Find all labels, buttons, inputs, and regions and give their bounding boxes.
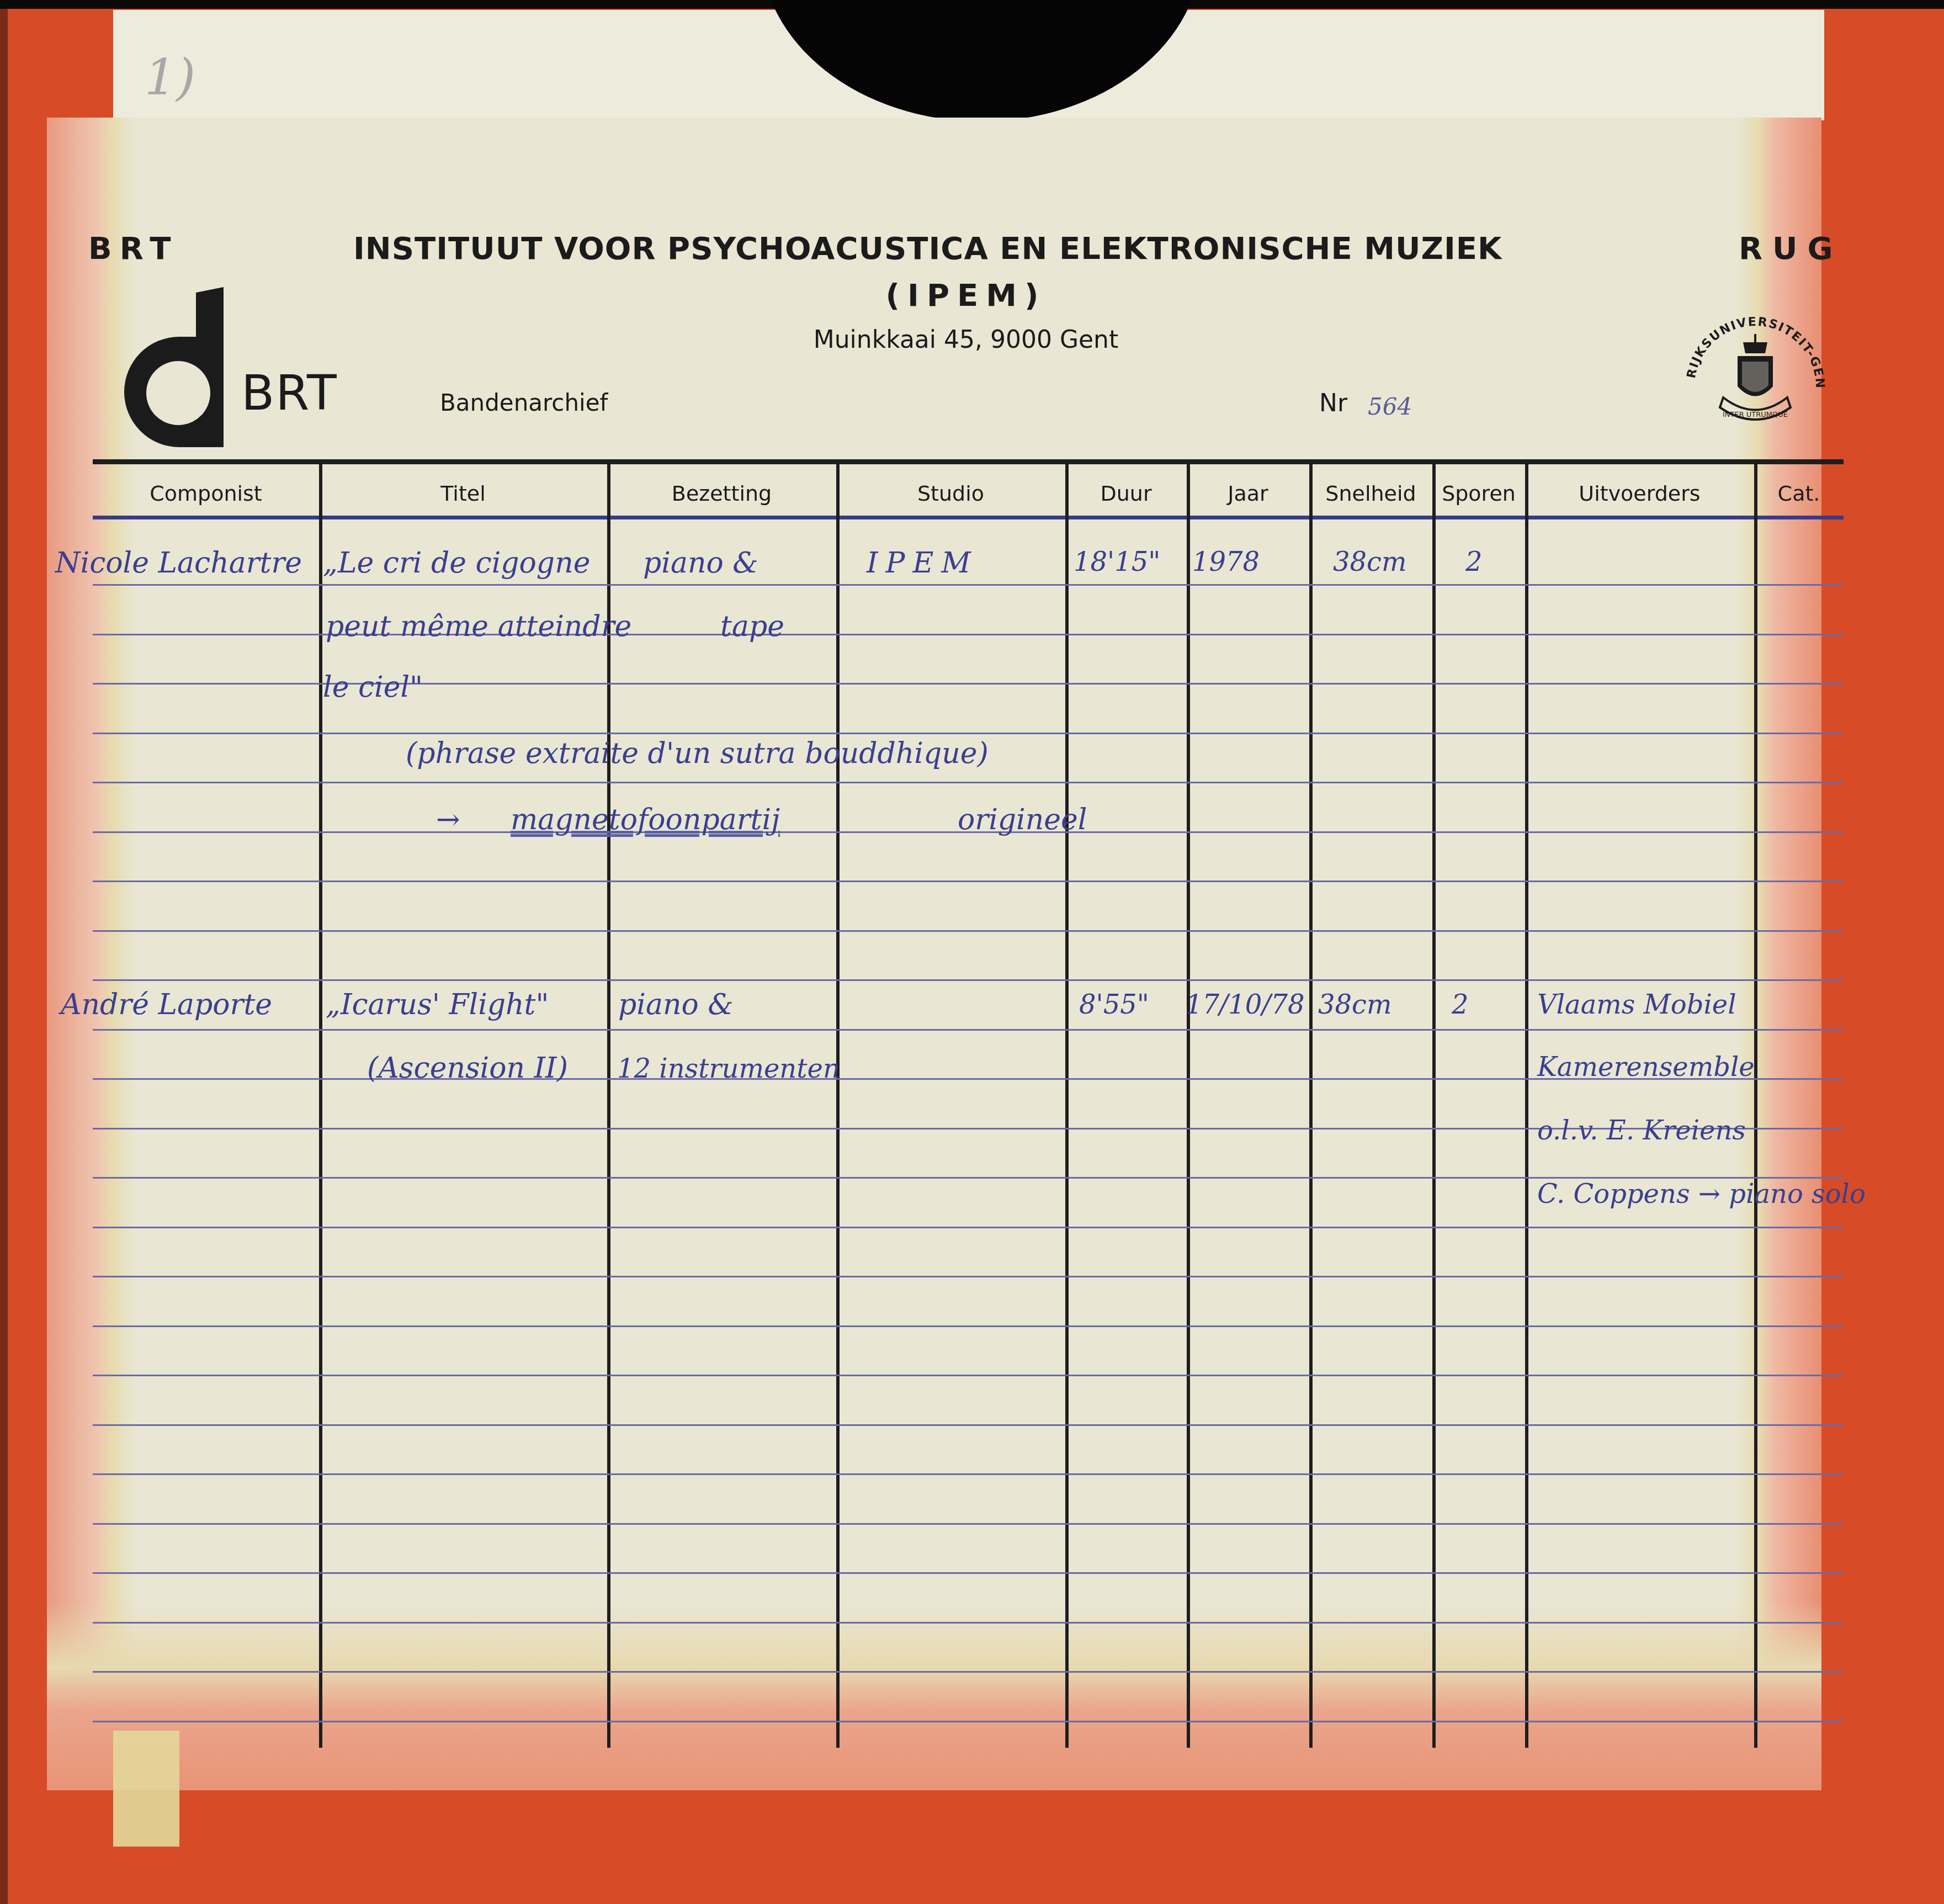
- entry-1-studio: IPEM: [867, 547, 979, 580]
- ruled-line: [93, 1523, 1844, 1525]
- number-value: 564: [1368, 393, 1412, 420]
- entry-1-componist: Nicole Lachartre: [55, 547, 302, 580]
- entry-1-titel-line-2: peut même atteindre: [326, 610, 631, 643]
- ruled-line: [93, 1276, 1844, 1277]
- entry-2-componist: André Laporte: [61, 988, 272, 1021]
- entry-1-titel-line-1: „Le cri de cigogne: [323, 547, 590, 580]
- ruled-line: [93, 1424, 1844, 1426]
- column-header-titel: Titel: [319, 481, 607, 506]
- ruled-line: [93, 1227, 1844, 1228]
- column-divider: [1187, 462, 1190, 1748]
- column-header-studio: Studio: [836, 481, 1065, 506]
- column-header-bezetting: Bezetting: [607, 481, 836, 506]
- ruled-line: [93, 930, 1844, 932]
- column-header-componist: Componist: [93, 481, 319, 506]
- entry-1-bezetting-line-2: tape: [720, 610, 784, 643]
- entry-2-snelheid: 38cm: [1318, 989, 1391, 1020]
- entry-1-titel-line-3: le ciel": [323, 671, 423, 704]
- column-header-uitvoerders: Uitvoerders: [1525, 481, 1754, 506]
- entry-1-snelheid: 38cm: [1333, 547, 1406, 577]
- entry-1-note-magnetofoonpartij: magnetofoonpartij: [511, 803, 780, 836]
- entry-2-uitvoerders-line-2: Kamerensemble: [1537, 1052, 1755, 1083]
- institute-address: Muinkkaai 45, 9000 Gent: [662, 326, 1270, 354]
- rug-header-label: RUG: [1739, 231, 1843, 267]
- column-header-sporen: Sporen: [1432, 481, 1525, 506]
- ruled-line: [93, 733, 1844, 734]
- entry-2-titel-line-1: „Icarus' Flight": [326, 988, 549, 1021]
- ruled-line: [93, 979, 1844, 981]
- ruled-line: [93, 1572, 1844, 1574]
- ruled-line: [93, 1671, 1844, 1673]
- institute-abbrev: (IPEM): [718, 278, 1214, 314]
- ruled-line: [93, 1721, 1844, 1722]
- university-seal-icon: RIJKSUNIVERSITEIT-GENT INTER UTRUMQUE: [1672, 304, 1838, 436]
- archive-label: Bandenarchief: [440, 389, 608, 416]
- ruled-line: [93, 1622, 1844, 1624]
- archive-table: Componist Titel Bezetting Studio Duur Ja…: [93, 459, 1844, 1751]
- column-divider: [1525, 462, 1528, 1748]
- column-divider: [607, 462, 610, 1748]
- table-top-rule: [93, 459, 1844, 464]
- ruled-line: [93, 782, 1844, 783]
- seal-motto: INTER UTRUMQUE: [1723, 411, 1788, 419]
- entry-2-jaar: 17/10/78: [1186, 989, 1305, 1020]
- column-divider: [836, 462, 840, 1748]
- entry-1-duur: 18'15": [1074, 547, 1160, 577]
- entry-1-note-origineel: origineel: [958, 803, 1087, 836]
- ruled-line: [93, 1325, 1844, 1327]
- column-divider: [1754, 462, 1757, 1748]
- column-header-duur: Duur: [1065, 481, 1187, 506]
- entry-1-note-sutra: (phrase extraite d'un sutra bouddhique): [406, 737, 989, 770]
- column-header-jaar: Jaar: [1187, 481, 1309, 506]
- column-divider: [1065, 462, 1069, 1748]
- entry-2-duur: 8'55": [1079, 989, 1149, 1020]
- entry-1-jaar: 1978: [1192, 547, 1260, 577]
- institute-title: INSTITUUT VOOR PSYCHOACUSTICA EN ELEKTRO…: [353, 231, 1590, 267]
- entry-1-bezetting-line-1: piano &: [643, 547, 758, 580]
- brt-logo-text: BRT: [241, 364, 338, 421]
- column-header-cat: Cat.: [1754, 481, 1844, 506]
- column-header-snelheid: Snelheid: [1309, 481, 1432, 506]
- ruled-line: [93, 1029, 1844, 1031]
- entry-2-uitvoerders-line-4: C. Coppens → piano solo: [1537, 1179, 1866, 1210]
- entry-2-titel-line-2: (Ascension II): [367, 1052, 568, 1085]
- entry-2-uitvoerders-line-3: o.l.v. E. Kreiens: [1537, 1115, 1746, 1146]
- entry-2-uitvoerders-line-1: Vlaams Mobiel: [1537, 989, 1736, 1020]
- entry-2-bezetting-line-1: piano &: [618, 988, 734, 1021]
- label-content: BRT INSTITUUT VOOR PSYCHOACUSTICA EN ELE…: [0, 0, 1944, 1904]
- ruled-line: [93, 1473, 1844, 1475]
- entry-2-bezetting-line-2: 12 instrumenten: [617, 1053, 840, 1084]
- ruled-line: [93, 584, 1844, 586]
- column-divider: [1309, 462, 1313, 1748]
- entry-2-sporen: 2: [1452, 989, 1469, 1020]
- ruled-line: [93, 881, 1844, 882]
- brt-logo-icon: [113, 287, 224, 447]
- number-label: Nr: [1319, 389, 1347, 417]
- entry-1-note-arrow: →: [436, 803, 460, 836]
- brt-header-label: BRT: [88, 231, 179, 267]
- entry-1-sporen: 2: [1465, 547, 1483, 577]
- ruled-line: [93, 1375, 1844, 1376]
- column-divider: [1432, 462, 1436, 1748]
- column-divider: [319, 462, 322, 1748]
- table-header-rule: [93, 516, 1844, 519]
